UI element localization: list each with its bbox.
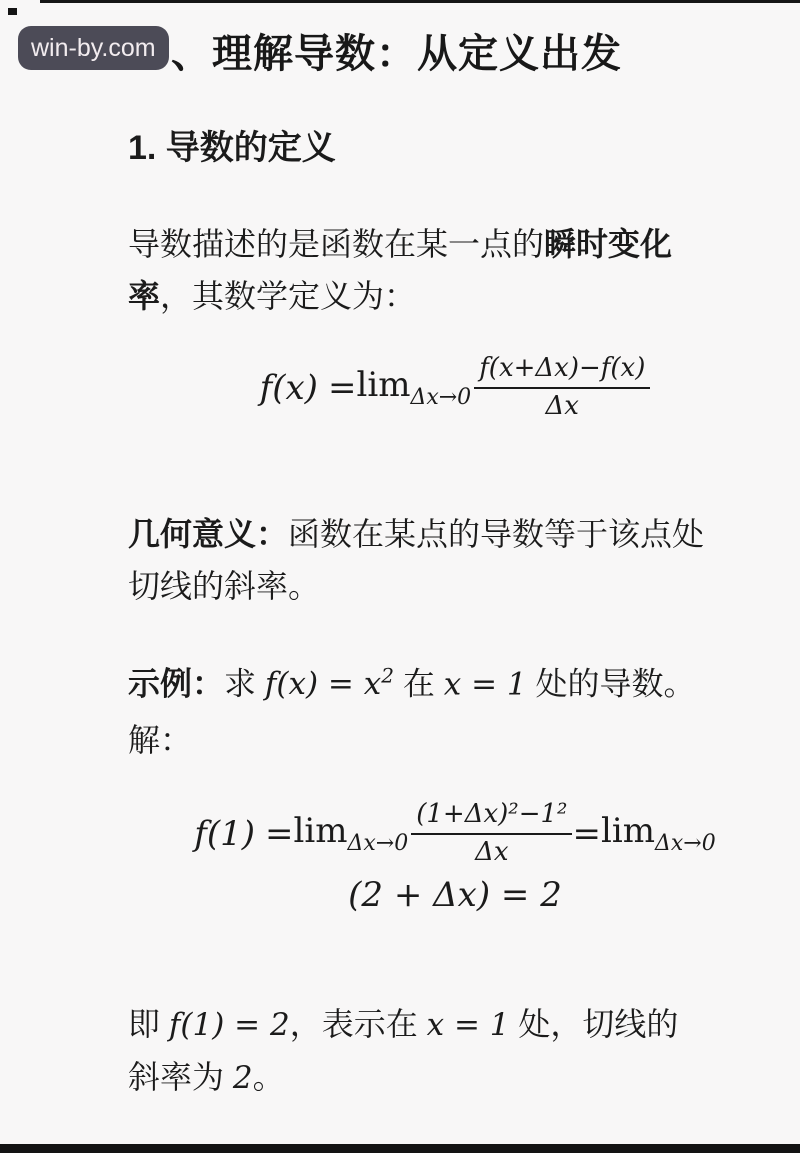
- solve-label: 解：: [128, 712, 788, 768]
- conclusion-text-1: 即: [128, 1006, 169, 1042]
- conclusion-text-4: 。: [253, 1059, 285, 1095]
- example-label: 示例：: [128, 665, 224, 701]
- section-heading: 1. 导数的定义: [128, 120, 336, 169]
- formula2-line1: f(1) = limΔx→0 (1+Δx)²−1² Δx = limΔx→0: [194, 798, 715, 870]
- geometry-paragraph: 几何意义：函数在某点的导数等于该点处切线的斜率。: [128, 508, 732, 612]
- formula2-limit-subscript-1: Δx→0: [348, 831, 409, 856]
- formula1-equals: =: [328, 368, 357, 408]
- formula2-line2: (2 + Δx) = 2: [348, 875, 562, 915]
- conclusion-text-2: ，表示在: [290, 1006, 427, 1042]
- formula2-denominator: Δx: [475, 835, 508, 870]
- example-line: 示例：求 f(x) = x2 在 x = 1 处的导数。: [128, 648, 788, 712]
- conclusion-math-2: x = 1: [427, 1007, 510, 1043]
- conclusion-math-1: f(1) = 2: [169, 1007, 290, 1043]
- conclusion-math-3: 2: [233, 1060, 253, 1096]
- formula2-limit-subscript-2: Δx→0: [655, 831, 716, 856]
- formula2-limit-operator-1: limΔx→0: [294, 811, 409, 856]
- formula-definition: f(x) = limΔx→0 f(x+Δx)−f(x) Δx: [110, 352, 800, 424]
- formula2-equals-1: =: [265, 814, 294, 854]
- intro-text-1: 导数描述的是函数在某一点的: [128, 226, 544, 262]
- formula1-numerator: f(x+Δx)−f(x): [474, 352, 650, 389]
- formula1-fraction: f(x+Δx)−f(x) Δx: [474, 352, 650, 424]
- formula2-equals-2: =: [572, 814, 601, 854]
- formula1-lhs: f(x): [260, 368, 318, 408]
- formula1-limit-operator: limΔx→0: [356, 365, 471, 410]
- formula1-denominator: Δx: [546, 389, 579, 424]
- formula-example: f(1) = limΔx→0 (1+Δx)²−1² Δx = limΔx→0 (…: [110, 798, 800, 915]
- watermark-badge: win-by.com: [18, 26, 169, 70]
- example-text-3: 处的导数。: [527, 665, 696, 701]
- formula2-limit-operator-2: limΔx→0: [601, 811, 716, 856]
- example-paragraph: 示例：求 f(x) = x2 在 x = 1 处的导数。 解：: [128, 648, 788, 768]
- example-math-point: x = 1: [444, 666, 527, 702]
- conclusion-paragraph: 即 f(1) = 2，表示在 x = 1 处，切线的斜率为 2。: [128, 998, 706, 1104]
- watermark-label: win-by.com: [31, 34, 156, 63]
- formula1-limit-subscript: Δx→0: [410, 385, 471, 410]
- bottom-black-bar: [0, 1144, 800, 1153]
- geometry-label: 几何意义：: [128, 516, 288, 552]
- formula2-lhs: f(1): [194, 814, 255, 854]
- example-math-exponent: 2: [381, 664, 394, 688]
- intro-paragraph: 导数描述的是函数在某一点的瞬时变化率，其数学定义为：: [128, 218, 690, 322]
- formula2-fraction: (1+Δx)²−1² Δx: [411, 798, 572, 870]
- intro-text-2: ，其数学定义为：: [160, 278, 416, 314]
- top-border-line: [40, 0, 800, 3]
- corner-mark: [8, 8, 17, 15]
- page-title: 一、理解导数：从定义出发: [130, 22, 622, 79]
- formula2-numerator: (1+Δx)²−1²: [411, 798, 572, 835]
- example-math-function: f(x) = x2: [265, 666, 394, 702]
- example-text-2: 在: [394, 665, 444, 701]
- document-page: 一、理解导数：从定义出发 win-by.com 1. 导数的定义 导数描述的是函…: [0, 0, 800, 1153]
- example-text-1: 求: [224, 665, 265, 701]
